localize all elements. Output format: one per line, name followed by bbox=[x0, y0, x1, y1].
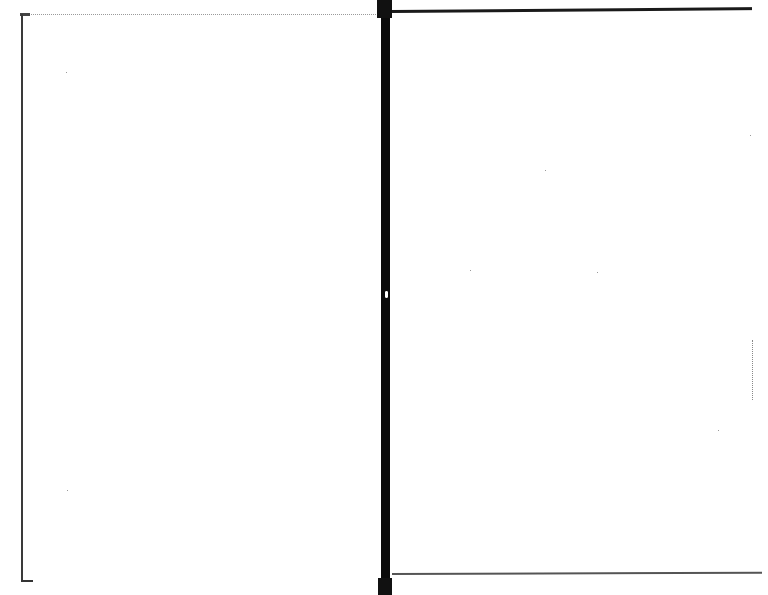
left-page bbox=[0, 0, 380, 595]
scan-speck bbox=[597, 272, 598, 273]
scan-speck bbox=[67, 490, 68, 491]
scan-speck bbox=[750, 135, 751, 136]
gutter-highlight bbox=[385, 291, 388, 298]
scan-speck bbox=[470, 270, 471, 271]
right-page bbox=[392, 0, 768, 595]
scan-speck bbox=[545, 170, 546, 171]
left-page-bottom-corner bbox=[21, 580, 33, 582]
left-page-top-border bbox=[20, 14, 380, 15]
left-page-left-border bbox=[21, 14, 23, 582]
scan-speck bbox=[66, 72, 67, 73]
scan-speck bbox=[718, 430, 719, 431]
right-page-right-border bbox=[752, 340, 754, 400]
